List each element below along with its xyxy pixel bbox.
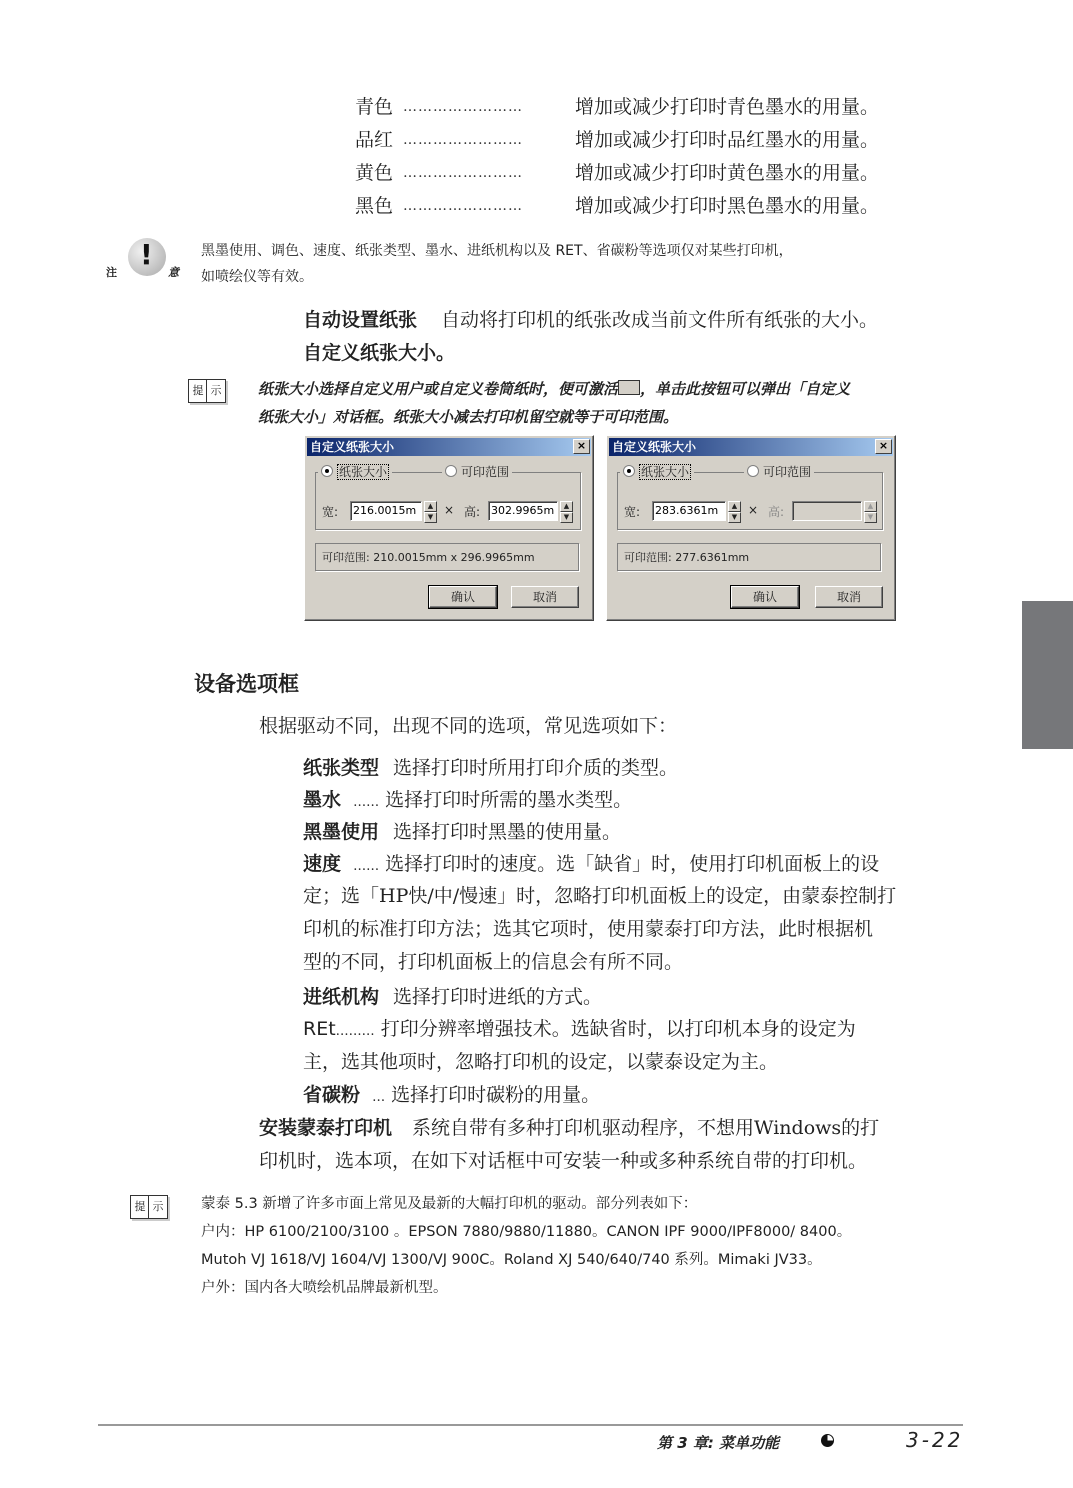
section-intro: 根据驱动不同，出现不同的选项，常见选项如下： bbox=[259, 710, 677, 742]
cancel-button[interactable]: 取消 bbox=[815, 586, 883, 608]
radio-label: 可印范围 bbox=[763, 465, 811, 479]
leader-dots: …… bbox=[353, 795, 379, 810]
dialog-title: 自定义纸张大小 bbox=[307, 438, 591, 456]
term-desc: 选择打印时黑墨的使用量。 bbox=[393, 821, 621, 843]
close-button[interactable]: × bbox=[875, 439, 892, 454]
size-group: 纸张大小 可印范围 宽: 283.6361m ▲▼ × 高: ▲▼ bbox=[617, 472, 883, 530]
term-desc-continued: 主，选其他项时，忽略打印机的设定，以蒙泰设定为主。 bbox=[303, 1046, 778, 1078]
option-black-ink: 黑墨使用选择打印时黑墨的使用量。 bbox=[303, 816, 621, 848]
term-desc: 打印分辨率增强技术。选缺省时，以打印机本身的设定为 bbox=[381, 1018, 856, 1040]
radio-unselected-icon bbox=[445, 465, 457, 477]
option-toner-save: 省碳粉 … 选择打印时碳粉的用量。 bbox=[303, 1079, 600, 1114]
warning-circle-icon: ! bbox=[128, 238, 166, 276]
ink-row-cyan: 青色……………………增加或减少打印时青色墨水的用量。 bbox=[355, 91, 879, 123]
leader-dots: …………………… bbox=[403, 157, 575, 189]
footer-chapter: 第 3 章: 菜单功能 bbox=[657, 1432, 779, 1453]
ink-label: 青色 bbox=[355, 91, 403, 123]
cancel-button[interactable]: 取消 bbox=[511, 586, 579, 608]
term-desc-continued: 印机时，选本项，在如下对话框中可安装一种或多种系统自带的打印机。 bbox=[259, 1145, 867, 1177]
option-paper-type: 纸张类型选择打印时所用打印介质的类型。 bbox=[303, 752, 678, 784]
term-desc: 系统自带有多种打印机驱动程序，不想用Windows的打 bbox=[412, 1117, 879, 1139]
term-desc-continued: 定；选「HP快/中/慢速」时，忽略打印机面板上的设定，由蒙泰控制打 bbox=[303, 880, 896, 912]
tip-line: ，单击此按钮可以弹出「自定义 bbox=[640, 380, 850, 398]
note-line: 如喷绘仪等有效。 bbox=[201, 264, 793, 290]
radio-printable-area[interactable]: 可印范围 bbox=[744, 464, 814, 480]
spin-up-icon[interactable]: ▲ bbox=[728, 501, 741, 512]
leader-dots: …………………… bbox=[403, 124, 575, 156]
custom-paper-item: 自定义纸张大小。 bbox=[303, 337, 455, 369]
tip-icon-left: 提 bbox=[188, 379, 207, 403]
term-desc: 自动将打印机的纸张改成当前文件所有纸张的大小。 bbox=[441, 309, 878, 331]
term-desc: 选择打印时进纸的方式。 bbox=[393, 986, 602, 1008]
width-input[interactable]: 283.6361m bbox=[652, 501, 726, 521]
term: 自动设置纸张 bbox=[303, 309, 417, 331]
ink-row-black: 黑色……………………增加或减少打印时黑色墨水的用量。 bbox=[355, 190, 879, 222]
height-label: 高: bbox=[464, 503, 480, 520]
width-spinner[interactable]: ▲▼ bbox=[424, 501, 437, 521]
tip-icon-right: 示 bbox=[148, 1195, 168, 1219]
height-label: 高: bbox=[768, 503, 784, 520]
option-ret: REt……… 打印分辨率增强技术。选缺省时，以打印机本身的设定为 bbox=[303, 1013, 856, 1048]
spin-down-icon[interactable]: ▼ bbox=[728, 512, 741, 523]
ink-desc: 增加或减少打印时黑色墨水的用量。 bbox=[575, 190, 879, 222]
leader-dots: …… bbox=[353, 859, 379, 874]
term: 墨水 bbox=[303, 789, 341, 811]
spin-down-icon: ▼ bbox=[864, 512, 877, 523]
option-speed: 速度 …… 选择打印时的速度。选「缺省」时，使用打印机面板上的设 bbox=[303, 848, 879, 883]
ink-row-yellow: 黄色……………………增加或减少打印时黄色墨水的用量。 bbox=[355, 157, 879, 189]
note-text: 黑墨使用、调色、速度、纸张类型、墨水、进纸机构以及 RET、省碳粉等选项仅对某些… bbox=[201, 238, 793, 290]
term-desc: 选择打印时的速度。选「缺省」时，使用打印机面板上的设 bbox=[385, 853, 879, 875]
height-spinner-disabled: ▲▼ bbox=[864, 501, 877, 521]
term: 省碳粉 bbox=[303, 1084, 360, 1106]
radio-selected-icon bbox=[623, 465, 635, 477]
custom-paper-dialog-1: 自定义纸张大小 × 纸张大小 可印范围 宽: 216.0015m ▲▼ × 高:… bbox=[304, 435, 594, 621]
height-input-disabled bbox=[792, 501, 862, 521]
spin-up-icon: ▲ bbox=[864, 501, 877, 512]
tip-line: Mutoh VJ 1618/VJ 1604/VJ 1300/VJ 900C。Ro… bbox=[201, 1246, 851, 1274]
tip-line: 蒙泰 5.3 新增了许多市面上常见及最新的大幅打印机的驱动。部分列表如下： bbox=[201, 1190, 851, 1218]
option-ink: 墨水 …… 选择打印时所需的墨水类型。 bbox=[303, 784, 632, 819]
option-paper-feed: 进纸机构选择打印时进纸的方式。 bbox=[303, 981, 602, 1013]
section-title: 设备选项框 bbox=[194, 668, 299, 698]
times-sign: × bbox=[748, 503, 758, 517]
chapter-bullet-icon bbox=[821, 1434, 834, 1447]
custom-paper-dialog-2: 自定义纸张大小 × 纸张大小 可印范围 宽: 283.6361m ▲▼ × 高:… bbox=[606, 435, 896, 621]
tip-text: 蒙泰 5.3 新增了许多市面上常见及最新的大幅打印机的驱动。部分列表如下： 户内… bbox=[201, 1190, 851, 1302]
term: 速度 bbox=[303, 853, 341, 875]
spin-up-icon[interactable]: ▲ bbox=[424, 501, 437, 512]
ellipsis-button-icon bbox=[618, 380, 640, 395]
close-button[interactable]: × bbox=[573, 439, 590, 454]
radio-unselected-icon bbox=[747, 465, 759, 477]
leader-dots: … bbox=[372, 1090, 385, 1105]
width-label: 宽: bbox=[322, 503, 338, 520]
tip-book-icon: 提 示 bbox=[186, 377, 228, 407]
spin-up-icon[interactable]: ▲ bbox=[560, 501, 573, 512]
tip-text: 纸张大小选择自定义用户或自定义卷筒纸时，便可激活，单击此按钮可以弹出「自定义 纸… bbox=[258, 375, 978, 431]
ink-desc: 增加或减少打印时黄色墨水的用量。 bbox=[575, 157, 879, 189]
ink-label: 黑色 bbox=[355, 190, 403, 222]
times-sign: × bbox=[444, 503, 454, 517]
note-label-left: 注 bbox=[106, 264, 117, 280]
radio-selected-icon bbox=[321, 465, 333, 477]
tip-line: 纸张大小」对话框。纸张大小减去打印机留空就等于可印范围。 bbox=[258, 403, 978, 431]
radio-label: 纸张大小 bbox=[639, 464, 691, 480]
tip-icon-right: 示 bbox=[206, 379, 226, 403]
width-input[interactable]: 216.0015m bbox=[350, 501, 422, 521]
height-spinner[interactable]: ▲▼ bbox=[560, 501, 573, 521]
tip-line: 户外：国内各大喷绘机品牌最新机型。 bbox=[201, 1274, 851, 1302]
auto-paper-item: 自动设置纸张自动将打印机的纸张改成当前文件所有纸张的大小。 bbox=[303, 304, 878, 336]
tip-line: 户内：HP 6100/2100/3100 。EPSON 7880/9880/11… bbox=[201, 1218, 851, 1246]
radio-label: 纸张大小 bbox=[337, 464, 389, 480]
radio-paper-size[interactable]: 纸张大小 bbox=[620, 464, 694, 480]
term-desc: 选择打印时所用打印介质的类型。 bbox=[393, 757, 678, 779]
term: 自定义纸张大小。 bbox=[303, 342, 455, 364]
leader-dots: …………………… bbox=[403, 190, 575, 222]
tip-book-icon: 提 示 bbox=[128, 1193, 170, 1223]
height-input[interactable]: 302.9965m bbox=[488, 501, 558, 521]
radio-paper-size[interactable]: 纸张大小 bbox=[318, 464, 392, 480]
chapter-side-tab bbox=[1022, 601, 1073, 749]
radio-label: 可印范围 bbox=[461, 465, 509, 479]
term: 纸张类型 bbox=[303, 757, 379, 779]
term: 进纸机构 bbox=[303, 986, 379, 1008]
term: REt bbox=[303, 1018, 336, 1040]
tip-line: 纸张大小选择自定义用户或自定义卷筒纸时，便可激活 bbox=[258, 380, 618, 398]
leader-dots: ……… bbox=[336, 1024, 375, 1039]
ink-desc: 增加或减少打印时青色墨水的用量。 bbox=[575, 91, 879, 123]
radio-printable-area[interactable]: 可印范围 bbox=[442, 464, 512, 480]
term-desc-continued: 型的不同，打印机面板上的信息会有所不同。 bbox=[303, 946, 683, 978]
term: 黑墨使用 bbox=[303, 821, 379, 843]
term-desc-continued: 印机的标准打印方法；选其它项时，使用蒙泰打印方法，此时根据机 bbox=[303, 913, 873, 945]
page-number: 3-22 bbox=[906, 1428, 963, 1452]
term: 安装蒙泰打印机 bbox=[259, 1117, 392, 1139]
tip-icon-left: 提 bbox=[130, 1195, 149, 1219]
printable-area-info: 可印范围: 277.6361mm bbox=[617, 543, 881, 571]
term-desc: 选择打印时所需的墨水类型。 bbox=[385, 789, 632, 811]
ink-label: 品红 bbox=[355, 124, 403, 156]
note-label-right: 意 bbox=[168, 264, 179, 280]
note-icon: ! 注 意 bbox=[106, 236, 186, 286]
note-line: 黑墨使用、调色、速度、纸张类型、墨水、进纸机构以及 RET、省碳粉等选项仅对某些… bbox=[201, 238, 793, 264]
width-spinner[interactable]: ▲▼ bbox=[728, 501, 741, 521]
dialog-title: 自定义纸张大小 bbox=[609, 438, 893, 456]
install-printer-item: 安装蒙泰打印机系统自带有多种打印机驱动程序，不想用Windows的打 bbox=[259, 1112, 879, 1144]
ok-button[interactable]: 确认 bbox=[429, 586, 497, 608]
ink-desc: 增加或减少打印时品红墨水的用量。 bbox=[575, 124, 879, 156]
spin-down-icon[interactable]: ▼ bbox=[424, 512, 437, 523]
printable-area-info: 可印范围: 210.0015mm x 296.9965mm bbox=[315, 543, 579, 571]
width-label: 宽: bbox=[624, 503, 640, 520]
leader-dots: …………………… bbox=[403, 91, 575, 123]
spin-down-icon[interactable]: ▼ bbox=[560, 512, 573, 523]
ok-button[interactable]: 确认 bbox=[731, 586, 799, 608]
size-group: 纸张大小 可印范围 宽: 216.0015m ▲▼ × 高: 302.9965m… bbox=[315, 472, 581, 530]
ink-label: 黄色 bbox=[355, 157, 403, 189]
ink-row-magenta: 品红……………………增加或减少打印时品红墨水的用量。 bbox=[355, 124, 879, 156]
term-desc: 选择打印时碳粉的用量。 bbox=[391, 1084, 600, 1106]
footer-rule bbox=[98, 1424, 963, 1426]
